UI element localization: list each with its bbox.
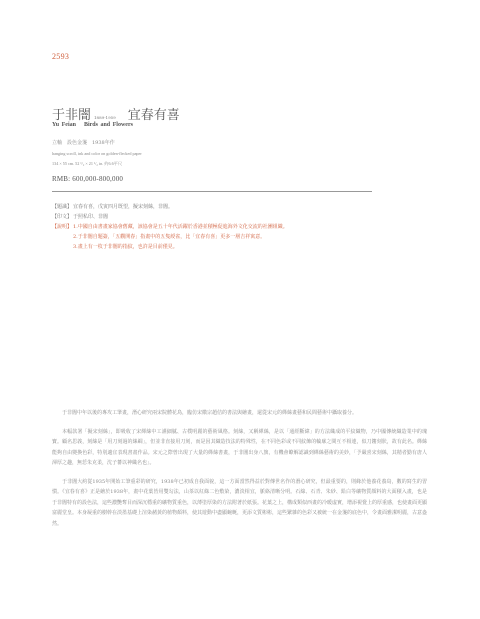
estimate: RMB: 600,000-800,000 [52,175,123,183]
essay: 于非闇中年以後的專攻工筆畫，潛心研究兩宋院體花鳥，臨仿宋徽宗趙佶的書法與繪畫，還… [52,408,427,537]
essay-paragraph: 本幅款署「擬宋刻絲」，即吸收了宋緙絲中工謹細膩、古樸明麗的藝術風格。刻絲，又稱緙… [52,427,427,469]
note-tag: 【題識】 [52,204,72,210]
note-seals: 【印文】于照私印、非闇 [52,212,432,222]
note-explanation-2: 2.于非闇自題簽，「五觀開春」指畫中的五隻綬雀，比「宜春有喜」更多一層吉祥寓意。 [52,232,432,242]
notes: 【題識】宜春有喜，戊寅四月既望，擬宋刻絲，非闇。 【印文】于照私印、非闇 【說明… [52,202,432,252]
note-inscription: 【題識】宜春有喜，戊寅四月既望，擬宋刻絲，非闇。 [52,202,432,212]
artist-name-cn: 于非闇 [52,104,91,123]
artist-name-en: Yu Feian [52,122,76,128]
note-text: 于照私印、非闇 [73,214,108,220]
title-en: Yu FeianBirds and Flowers [52,122,133,128]
essay-paragraph: 于非闇中年以後的專攻工筆畫，潛心研究兩宋院體花鳥，臨仿宋徽宗趙佶的書法與繪畫，還… [52,408,427,419]
medium-cn: 立軸 設色金箋 1938年作 [52,139,115,146]
note-explanation-3: 3.畫上有一枚于非闇的指紋，也許是目前僅見。 [52,242,432,252]
essay-paragraph: 于非闇大約從1935年開始工筆重彩的研究，1938年已初成自我面貌，這一方面當然… [52,477,427,530]
note-tag: 【印文】 [52,214,72,220]
note-tag: 【說明】 [52,224,72,230]
note-text: 宜春有喜，戊寅四月既望，擬宋刻絲，非闇。 [73,204,173,210]
work-title-en: Birds and Flowers [84,122,133,128]
artist-dates: 1889-1959 [94,115,116,120]
dimensions: 134 × 55 cm. 52 ¹/₂ × 21 ¹/₂ in. 約6.6平尺 [52,161,122,167]
lot-number: 2593 [52,52,69,61]
work-title-cn: 宜春有喜 [128,104,180,123]
note-explanation: 【說明】1.中國自由書畫家協會舊藏，該協會是五十年代活躍於香港並積極促進海外文化… [52,222,432,232]
note-text: 1.中國自由書畫家協會舊藏，該協會是五十年代活躍於香港並積極促進海外文化交流的社… [73,224,288,230]
title-row: 于非闇 1889-1959 宜春有喜 [52,104,180,123]
divider [52,191,372,192]
medium-en: hanging scroll, ink and color on golden-… [52,151,142,156]
